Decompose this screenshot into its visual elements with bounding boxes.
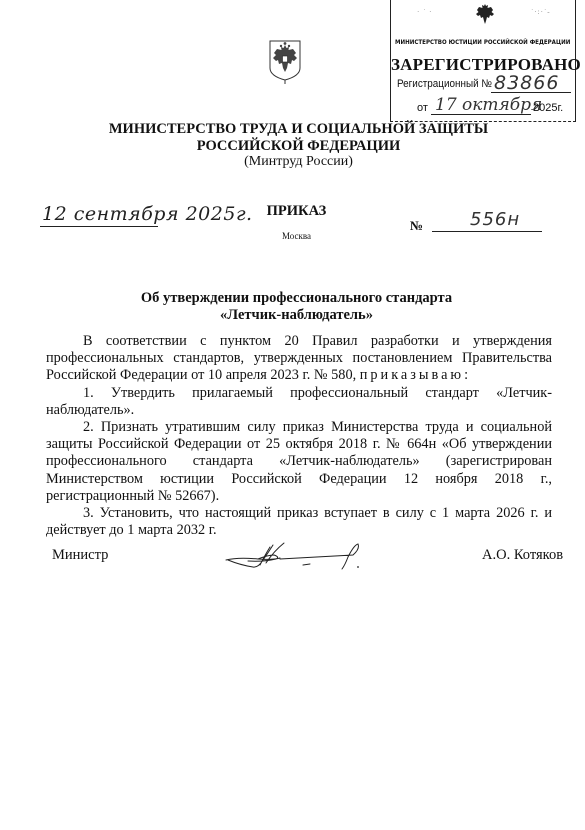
stamp-noise: · ˙ · xyxy=(417,8,433,16)
ministry-short-name: (Минтруд России) xyxy=(6,154,585,170)
ministry-name-line2: РОССИЙСКОЙ ФЕДЕРАЦИИ xyxy=(6,138,585,155)
stamp-date: 17 октября xyxy=(435,95,542,115)
order-number: 556н xyxy=(470,209,520,230)
stamp-reg-number: 83866 xyxy=(494,72,559,94)
subject-line2: «Летчик-наблюдатель» xyxy=(8,307,585,324)
stamp-date-underline xyxy=(431,114,531,115)
order-date-underline xyxy=(40,226,158,227)
order-item: 2. Признать утратившим силу приказ Минис… xyxy=(46,419,552,505)
ministry-name-line1: МИНИСТЕРСТВО ТРУДА И СОЦИАЛЬНОЙ ЗАЩИТЫ xyxy=(6,121,585,138)
preamble-text: В соответствии с пунктом 20 Правил разра… xyxy=(46,333,552,383)
order-subject: Об утверждении профессионального стандар… xyxy=(0,290,585,324)
coat-of-arms-icon xyxy=(268,38,302,84)
stamp-reg-label: Регистрационный № xyxy=(397,78,492,90)
order-body: В соответствии с пунктом 20 Правил разра… xyxy=(46,333,552,539)
order-city: Москва xyxy=(0,231,585,241)
registration-stamp: · ˙ · ˙·:·˙- МИНИСТЕРСТВО ЮСТИЦИИ РОССИЙ… xyxy=(390,0,576,122)
stamp-date-prefix: от xyxy=(417,102,428,114)
stamp-reg-underline xyxy=(491,92,571,93)
directive-word: приказываю: xyxy=(360,367,471,383)
eagle-emblem-icon xyxy=(473,2,497,26)
preamble-paragraph: В соответствии с пунктом 20 Правил разра… xyxy=(46,333,552,385)
handwritten-signature-icon xyxy=(218,535,368,580)
subject-line1: Об утверждении профессионального стандар… xyxy=(8,290,585,307)
order-number-label: № xyxy=(410,218,423,234)
stamp-date-year: 2025г. xyxy=(533,102,563,114)
stamp-noise: ˙·:·˙- xyxy=(531,8,551,16)
order-number-underline xyxy=(432,231,542,232)
order-item: 1. Утвердить прилагаемый профессиональны… xyxy=(46,385,552,419)
signer-position: Министр xyxy=(52,547,108,564)
signer-name: А.О. Котяков xyxy=(482,547,563,564)
stamp-ministry-name: МИНИСТЕРСТВО ЮСТИЦИИ РОССИЙСКОЙ ФЕДЕРАЦИ… xyxy=(395,39,561,46)
